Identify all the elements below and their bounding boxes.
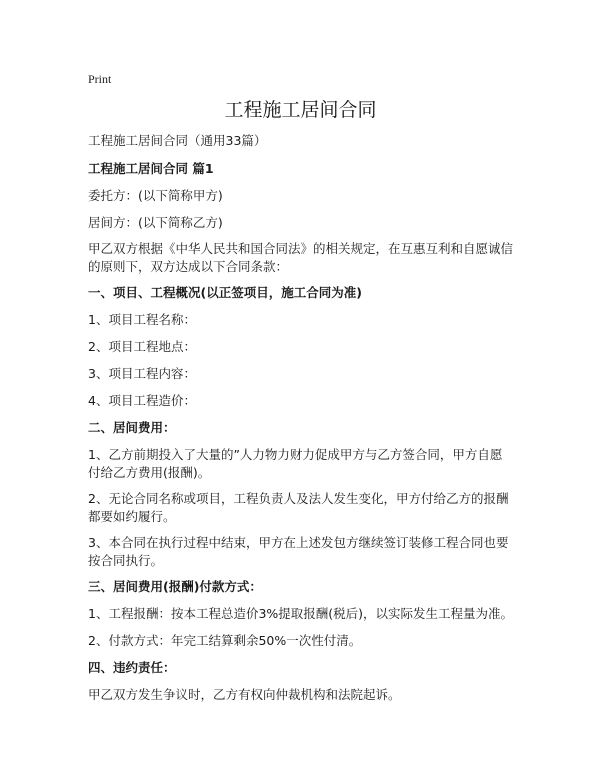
print-label[interactable]: Print (88, 70, 111, 88)
intro-paragraph: 甲乙双方根据《中华人民共和国合同法》的相关规定，在互惠互利和自愿诚信的原则下，双… (88, 240, 513, 276)
clause-1-item: 3、项目工程内容： (88, 365, 196, 383)
document-title: 工程施工居间合同 (88, 97, 513, 123)
clause-4-heading: 四、违约责任： (88, 659, 176, 677)
document-subtitle: 工程施工居间合同（通用33篇） (88, 132, 266, 150)
party-a-line: 委托方：(以下简称甲方) (88, 187, 223, 205)
clause-4-item: 甲乙双方发生争议时，乙方有权向仲裁机构和法院起诉。 (88, 686, 401, 704)
party-b-line: 居间方：(以下简称乙方) (88, 214, 223, 232)
clause-1-heading: 一、项目、工程概况(以正签项目，施工合同为准) (88, 284, 362, 302)
clause-3-item: 2、付款方式：年完工结算剩余50%一次性付清。 (88, 632, 361, 650)
clause-1-item: 2、项目工程地点： (88, 338, 196, 356)
clause-2-item: 2、无论合同名称或项目，工程负责人及法人发生变化，甲方付给乙方的报酬都要如约履行… (88, 490, 513, 526)
clause-3-heading: 三、居间费用(报酬)付款方式： (88, 578, 262, 596)
clause-1-item: 1、项目工程名称： (88, 311, 196, 329)
clause-3-item: 1、工程报酬：按本工程总造价3%提取报酬(税后)，以实际发生工程量为准。 (88, 605, 513, 623)
clause-1-item: 4、项目工程造价： (88, 392, 196, 410)
clause-2-item: 1、乙方前期投入了大量的”人力物力财力促成甲方与乙方签合同，甲方自愿付给乙方费用… (88, 446, 513, 482)
section-heading: 工程施工居间合同 篇1 (88, 160, 214, 178)
clause-2-heading: 二、居间费用： (88, 419, 176, 437)
clause-2-item: 3、本合同在执行过程中结束，甲方在上述发包方继续签订装修工程合同也要按合同执行。 (88, 534, 513, 570)
